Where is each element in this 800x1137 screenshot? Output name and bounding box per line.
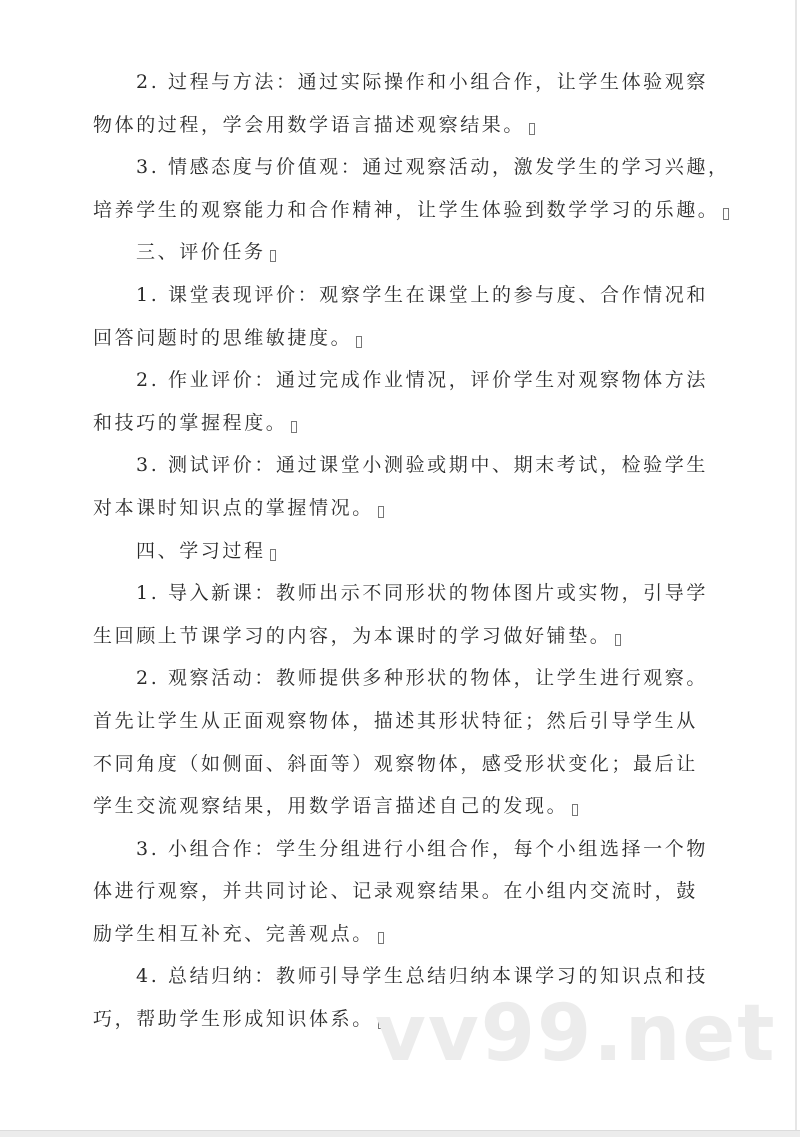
text-line: 2. 观察活动：教师提供多种形状的物体，让学生进行观察。	[93, 657, 725, 700]
line-text: 不同角度（如侧面、斜面等）观察物体，感受形状变化；最后让	[93, 753, 698, 775]
line-text: 对本课时知识点的掌握情况。	[93, 497, 374, 519]
text-line: 首先让学生从正面观察物体，描述其形状特征；然后引导学生从	[93, 700, 725, 743]
text-line: 2. 作业评价：通过完成作业情况，评价学生对观察物体方法	[93, 359, 725, 402]
text-line: 物体的过程，学会用数学语言描述观察结果。	[93, 104, 725, 147]
paragraph-mark-icon	[572, 804, 578, 816]
text-line: 2. 过程与方法：通过实际操作和小组合作，让学生体验观察	[93, 61, 725, 104]
line-text: 生回顾上节课学习的内容，为本课时的学习做好铺垫。	[93, 625, 611, 647]
line-text: 3. 测试评价：通过课堂小测验或期中、期末考试，检验学生	[136, 454, 708, 476]
line-text: 1. 导入新课：教师出示不同形状的物体图片或实物，引导学	[136, 582, 708, 604]
paragraph-mark-icon	[615, 634, 621, 646]
text-line: 四、学习过程	[93, 530, 725, 573]
paragraph-mark-icon	[291, 421, 297, 433]
text-line: 1. 导入新课：教师出示不同形状的物体图片或实物，引导学	[93, 572, 725, 615]
line-text: 培养学生的观察能力和合作精神，让学生体验到数学学习的乐趣。	[93, 199, 719, 221]
text-line: 3. 情感态度与价值观：通过观察活动，激发学生的学习兴趣，	[93, 146, 725, 189]
text-line: 三、评价任务	[93, 231, 725, 274]
paragraph-mark-icon	[270, 250, 276, 262]
text-line: 学生交流观察结果，用数学语言描述自己的发现。	[93, 785, 725, 828]
line-text: 首先让学生从正面观察物体，描述其形状特征；然后引导学生从	[93, 710, 698, 732]
text-line: 不同角度（如侧面、斜面等）观察物体，感受形状变化；最后让	[93, 743, 725, 786]
line-text: 物体的过程，学会用数学语言描述观察结果。	[93, 114, 525, 136]
text-line: 培养学生的观察能力和合作精神，让学生体验到数学学习的乐趣。	[93, 189, 725, 232]
watermark: vv99.net	[375, 995, 777, 1073]
paragraph-mark-icon	[723, 208, 729, 220]
line-text: 4. 总结归纳：教师引导学生总结归纳本课学习的知识点和技	[136, 965, 708, 987]
paragraph-mark-icon	[270, 549, 276, 561]
paragraph-mark-icon	[378, 932, 384, 944]
line-text: 巧，帮助学生形成知识体系。	[93, 1008, 374, 1030]
document-body: 2. 过程与方法：通过实际操作和小组合作，让学生体验观察物体的过程，学会用数学语…	[93, 61, 725, 1041]
text-line: 3. 小组合作：学生分组进行小组合作，每个小组选择一个物	[93, 828, 725, 871]
line-text: 三、评价任务	[136, 241, 266, 263]
line-text: 回答问题时的思维敏捷度。	[93, 327, 352, 349]
line-text: 四、学习过程	[136, 540, 266, 562]
text-line: 回答问题时的思维敏捷度。	[93, 317, 725, 360]
text-line: 对本课时知识点的掌握情况。	[93, 487, 725, 530]
text-line: 生回顾上节课学习的内容，为本课时的学习做好铺垫。	[93, 615, 725, 658]
line-text: 学生交流观察结果，用数学语言描述自己的发现。	[93, 795, 568, 817]
paragraph-mark-icon	[529, 123, 535, 135]
text-line: 1. 课堂表现评价：观察学生在课堂上的参与度、合作情况和	[93, 274, 725, 317]
text-line: 和技巧的掌握程度。	[93, 402, 725, 445]
line-text: 2. 过程与方法：通过实际操作和小组合作，让学生体验观察	[136, 71, 708, 93]
line-text: 1. 课堂表现评价：观察学生在课堂上的参与度、合作情况和	[136, 284, 708, 306]
text-line: 体进行观察，并共同讨论、记录观察结果。在小组内交流时，鼓	[93, 870, 725, 913]
line-text: 2. 作业评价：通过完成作业情况，评价学生对观察物体方法	[136, 369, 708, 391]
line-text: 2. 观察活动：教师提供多种形状的物体，让学生进行观察。	[136, 667, 708, 689]
paragraph-mark-icon	[378, 506, 384, 518]
text-line: 3. 测试评价：通过课堂小测验或期中、期末考试，检验学生	[93, 444, 725, 487]
text-line: 励学生相互补充、完善观点。	[93, 913, 725, 956]
line-text: 励学生相互补充、完善观点。	[93, 923, 374, 945]
document-page: 2. 过程与方法：通过实际操作和小组合作，让学生体验观察物体的过程，学会用数学语…	[0, 0, 797, 1130]
line-text: 3. 情感态度与价值观：通过观察活动，激发学生的学习兴趣，	[136, 156, 730, 178]
page-bottom-edge	[0, 1130, 800, 1137]
line-text: 和技巧的掌握程度。	[93, 412, 287, 434]
paragraph-mark-icon	[356, 336, 362, 348]
line-text: 体进行观察，并共同讨论、记录观察结果。在小组内交流时，鼓	[93, 880, 698, 902]
line-text: 3. 小组合作：学生分组进行小组合作，每个小组选择一个物	[136, 838, 708, 860]
